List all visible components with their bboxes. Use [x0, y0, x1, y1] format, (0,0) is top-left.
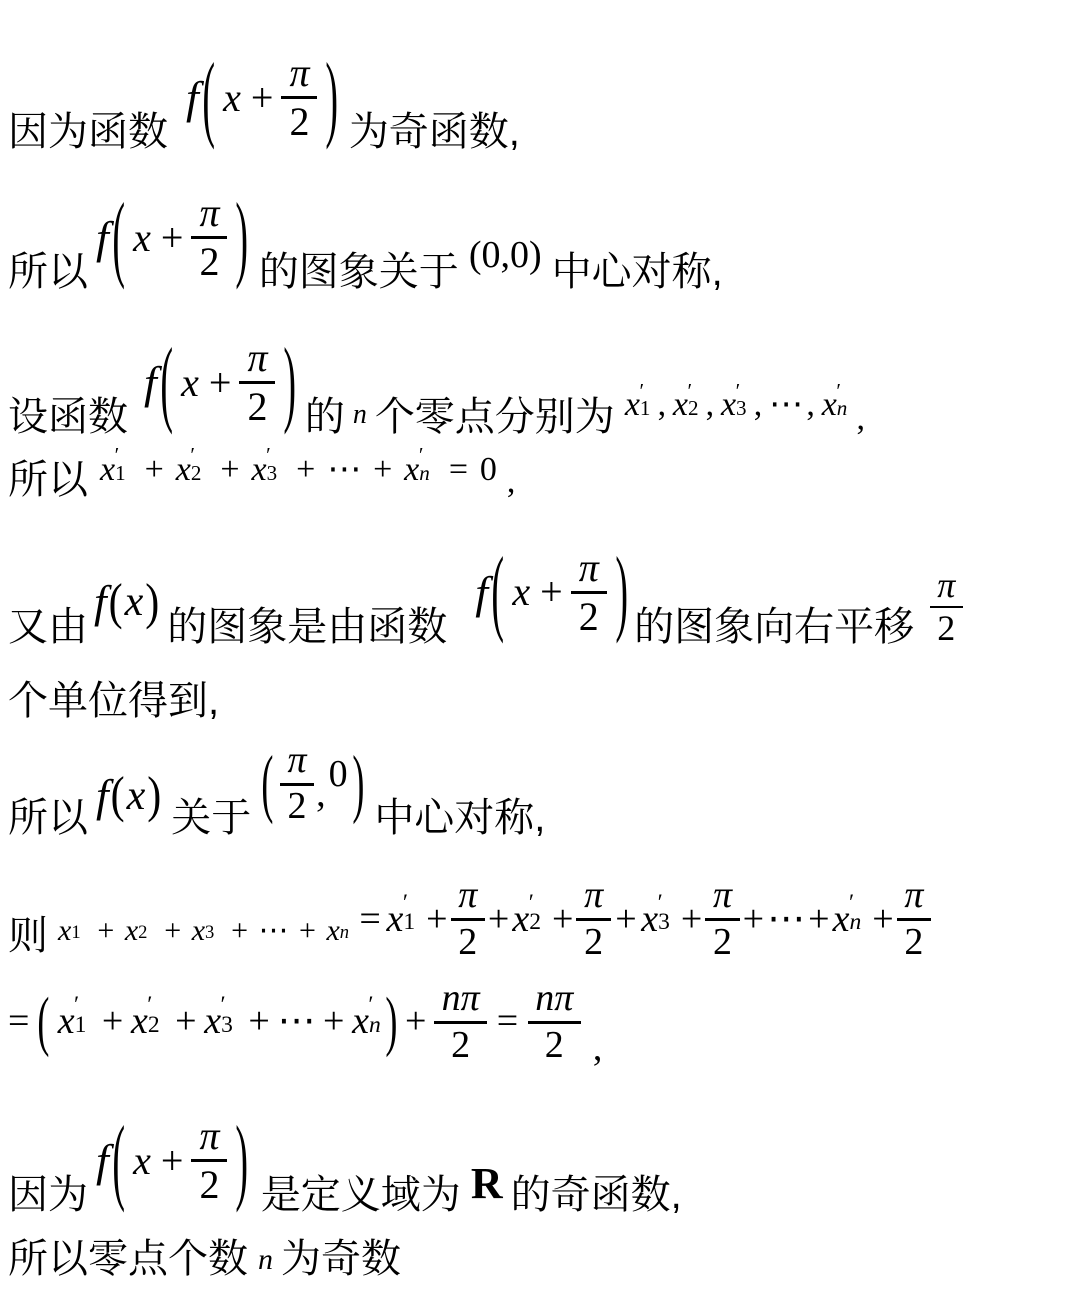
- math-xn-prime: x′n: [404, 450, 419, 491]
- math-f: f: [96, 210, 109, 265]
- math-x3-prime: x′3: [721, 385, 736, 426]
- plus-sign: +: [405, 999, 426, 1045]
- trailing-comma: ,: [856, 399, 865, 440]
- fraction-pi-over-2: π2: [897, 876, 931, 963]
- solution-line-7: 所以 f ( x ) 关于 ( π2 , 0 ) 中心对称,: [8, 741, 1080, 842]
- right-paren: ): [615, 544, 628, 640]
- math-x: x: [352, 999, 369, 1045]
- math-x1-prime: x′1: [100, 450, 115, 491]
- math-f: f: [96, 1133, 109, 1188]
- formula-f-x-plus-half-pi: f ( x + π2 ): [186, 52, 339, 143]
- denominator-2: 2: [199, 1162, 219, 1206]
- subscript-3: 3: [658, 911, 670, 935]
- subscript-1: 1: [115, 463, 126, 484]
- right-paren: ): [385, 989, 397, 1056]
- denominator-2: 2: [584, 921, 603, 963]
- math-x1: x1: [58, 913, 71, 949]
- grouped-sum-equals-n-pi-over-2: = ( x′1 + x′2 + x′3 + ⋯ + x′n ) + nπ2 = …: [8, 979, 581, 1066]
- math-x: x: [58, 913, 71, 949]
- plus-sign: +: [231, 913, 248, 949]
- math-solution-document: 因为函数 f ( x + π2 ) 为奇函数, 所以 f ( x + π2 ) …: [0, 0, 1080, 1291]
- solution-line-4: 所以 x′1 + x′2 + x′3 + ⋯ + x′n = 0 ,: [8, 450, 1080, 503]
- subscript-2: 2: [688, 398, 699, 419]
- denominator-2: 2: [247, 384, 267, 428]
- chinese-text: 的奇函数,: [511, 1172, 682, 1218]
- plus-sign: +: [299, 913, 316, 949]
- math-x: x: [387, 897, 404, 943]
- math-x: x: [133, 1137, 151, 1185]
- plus-sign: +: [175, 999, 196, 1045]
- chinese-text: 的图象关于: [259, 249, 459, 295]
- fraction-pi-over-2: π2: [191, 192, 227, 283]
- denominator-2: 2: [937, 608, 955, 648]
- italic-n: n: [353, 398, 367, 432]
- plus-sign: +: [488, 897, 509, 943]
- math-x: x: [133, 214, 151, 262]
- math-xn-prime: x′n: [822, 385, 837, 426]
- ellipsis: ⋯: [767, 897, 805, 943]
- subscript-1: 1: [640, 398, 651, 419]
- math-pi: π: [554, 977, 573, 1019]
- chinese-text: 所以: [8, 249, 88, 295]
- plus-sign: +: [220, 450, 239, 491]
- subscript-3: 3: [267, 463, 278, 484]
- chinese-text: 因为: [8, 1172, 88, 1218]
- chinese-text: 又由: [8, 604, 88, 650]
- math-f: f: [186, 70, 199, 125]
- solution-line-10: 因为 f ( x + π2 ) 是定义域为 R 的奇函数,: [8, 1115, 1080, 1218]
- chinese-text: 的图象是由函数: [167, 604, 447, 650]
- math-x: x: [125, 913, 138, 949]
- chinese-text: 个零点分别为: [375, 394, 615, 440]
- solution-line-2: 所以 f ( x + π2 ) 的图象关于 (0,0) 中心对称,: [8, 192, 1080, 295]
- sum-x-prime-equals-0: x′1 + x′2 + x′3 + ⋯ + x′n = 0: [100, 450, 497, 491]
- right-paren: ): [236, 190, 249, 286]
- math-x2-prime: x′2: [131, 999, 148, 1045]
- equals-sign: =: [8, 999, 29, 1045]
- plus-sign: +: [872, 897, 893, 943]
- ellipsis: ⋯: [769, 385, 803, 426]
- solution-line-11: 所以零点个数 n 为奇数: [8, 1236, 1080, 1282]
- formula-f-of-x: f ( x ): [94, 575, 159, 629]
- right-paren: ): [145, 577, 159, 627]
- plus-sign: +: [808, 897, 829, 943]
- plus-sign: +: [540, 568, 563, 616]
- plus-sign: +: [161, 214, 184, 262]
- plus-sign: +: [164, 913, 181, 949]
- math-xn: xn: [326, 913, 339, 949]
- denominator-2: 2: [713, 921, 732, 963]
- solution-line-3: 设函数 f ( x + π2 ) 的 n 个零点分别为 x′1 , x′2 , …: [8, 337, 1080, 440]
- subscript-2: 2: [191, 463, 202, 484]
- math-x: x: [127, 771, 146, 821]
- fraction-pi-over-2: π2: [930, 567, 962, 648]
- math-f: f: [475, 565, 488, 620]
- plus-sign: +: [251, 74, 274, 122]
- subscript-2: 2: [148, 1014, 160, 1038]
- formula-f-of-x: f ( x ): [96, 769, 161, 823]
- math-x3-prime: x′3: [204, 999, 221, 1045]
- left-paren: (: [160, 335, 173, 431]
- set-R-symbol: R: [471, 1158, 503, 1211]
- denominator-2: 2: [289, 99, 309, 143]
- math-x1-prime: x′1: [625, 385, 640, 426]
- subscript-2: 2: [138, 924, 147, 943]
- sum-x-plain: x1 + x2 + x3 + ⋯ + xn: [58, 913, 355, 949]
- numerator-pi: π: [191, 192, 227, 239]
- fraction-pi-over-2: π2: [576, 876, 610, 963]
- left-paren: (: [111, 771, 125, 821]
- solution-line-8: 则 x1 + x2 + x3 + ⋯ + xn = x′1 + π2 + x′2…: [8, 876, 1080, 959]
- left-paren: (: [262, 746, 274, 822]
- numerator-pi: π: [281, 52, 317, 99]
- denominator-2: 2: [458, 921, 477, 963]
- fraction-pi-over-2: π2: [281, 52, 317, 143]
- numerator-pi: π: [451, 876, 485, 921]
- math-x3-prime: x′3: [641, 897, 658, 943]
- denominator-2: 2: [288, 786, 307, 828]
- italic-n: n: [258, 1242, 273, 1278]
- comma: ,: [806, 385, 815, 426]
- left-paren: (: [109, 577, 123, 627]
- left-paren: (: [37, 989, 49, 1056]
- comma: ,: [706, 385, 715, 426]
- subscript-n: n: [837, 398, 848, 419]
- math-xn-prime: x′n: [352, 999, 369, 1045]
- fraction-n-pi-over-2: nπ2: [528, 979, 581, 1066]
- fraction-pi-over-2: π2: [705, 876, 739, 963]
- chinese-text: 是定义域为: [261, 1172, 461, 1218]
- math-x: x: [404, 450, 419, 491]
- math-x: x: [822, 385, 837, 426]
- ellipsis: ⋯: [327, 450, 361, 491]
- plus-sign: +: [102, 999, 123, 1045]
- chinese-text: 因为函数: [8, 109, 168, 155]
- plus-sign: +: [145, 450, 164, 491]
- math-x2-prime: x′2: [176, 450, 191, 491]
- numerator-pi: π: [191, 1115, 227, 1162]
- numerator-pi: π: [239, 337, 275, 384]
- right-paren: ): [352, 746, 364, 822]
- right-paren: ): [147, 771, 161, 821]
- equals-sign: =: [359, 897, 380, 943]
- math-x: x: [721, 385, 736, 426]
- denominator-2: 2: [199, 239, 219, 283]
- math-x: x: [176, 450, 191, 491]
- denominator-2: 2: [579, 594, 599, 638]
- subscript-n: n: [419, 463, 430, 484]
- plus-sign: +: [161, 1137, 184, 1185]
- chinese-text: 则: [8, 913, 48, 959]
- math-x1-prime: x′1: [58, 999, 75, 1045]
- right-paren: ): [326, 50, 339, 146]
- subscript-3: 3: [205, 924, 214, 943]
- comma: ,: [754, 385, 763, 426]
- subscript-1: 1: [403, 911, 415, 935]
- math-xn-prime: x′n: [833, 897, 850, 943]
- chinese-text: 关于: [171, 795, 251, 841]
- ellipsis: ⋯: [277, 999, 315, 1045]
- numerator-pi: π: [897, 876, 931, 921]
- numerator-pi: π: [705, 876, 739, 921]
- subscript-1: 1: [75, 1014, 87, 1038]
- left-paren: (: [112, 1113, 125, 1209]
- math-x: x: [192, 913, 205, 949]
- denominator-2: 2: [451, 1024, 470, 1066]
- math-x: x: [326, 913, 339, 949]
- zero: 0: [329, 752, 348, 798]
- plus-sign: +: [615, 897, 636, 943]
- math-x3-prime: x′3: [251, 450, 266, 491]
- fraction-pi-over-2: π2: [239, 337, 275, 428]
- chinese-text: 中心对称,: [552, 249, 723, 295]
- solution-line-9: = ( x′1 + x′2 + x′3 + ⋯ + x′n ) + nπ2 = …: [8, 979, 1080, 1066]
- math-x2-prime: x′2: [673, 385, 688, 426]
- fraction-pi-over-2: π2: [191, 1115, 227, 1206]
- math-n: n: [442, 977, 461, 1019]
- sum-x-prime-plus-halves: = x′1 + π2 + x′2 + π2 + x′3 + π2 + ⋯ + x…: [359, 876, 931, 963]
- math-x: x: [100, 450, 115, 491]
- math-x: x: [223, 74, 241, 122]
- equals-sign: =: [497, 999, 518, 1045]
- plus-sign: +: [552, 897, 573, 943]
- solution-line-1: 因为函数 f ( x + π2 ) 为奇函数,: [8, 52, 1080, 155]
- chinese-text: 所以零点个数: [8, 1236, 248, 1282]
- chinese-text: 为奇函数,: [349, 109, 520, 155]
- ellipsis: ⋯: [259, 913, 289, 949]
- plus-sign: +: [426, 897, 447, 943]
- zero-list-x-prime: x′1 , x′2 , x′3 , ⋯ , x′n: [625, 385, 855, 426]
- math-x: x: [833, 897, 850, 943]
- zero: 0: [480, 450, 497, 491]
- fraction-n-pi-over-2: nπ2: [434, 979, 487, 1066]
- math-x2: x2: [125, 913, 138, 949]
- numerator-pi: π: [930, 567, 962, 609]
- chinese-text: 的: [305, 394, 345, 440]
- right-paren: ): [284, 335, 297, 431]
- plus-sign: +: [373, 450, 392, 491]
- math-x1-prime: x′1: [387, 897, 404, 943]
- numerator-n-pi: nπ: [528, 979, 581, 1024]
- formula-f-x-plus-half-pi: f ( x + π2 ): [475, 547, 628, 638]
- math-n: n: [535, 977, 554, 1019]
- denominator-2: 2: [545, 1024, 564, 1066]
- chinese-text: 为奇数: [281, 1236, 401, 1282]
- math-x: x: [673, 385, 688, 426]
- math-x: x: [204, 999, 221, 1045]
- subscript-3: 3: [221, 1014, 233, 1038]
- formula-f-x-plus-half-pi: f ( x + π2 ): [96, 1115, 249, 1206]
- math-x: x: [512, 568, 530, 616]
- math-x: x: [181, 359, 199, 407]
- chinese-text: 中心对称,: [374, 795, 545, 841]
- math-x: x: [125, 577, 144, 627]
- left-paren: (: [202, 50, 215, 146]
- plus-sign: +: [681, 897, 702, 943]
- math-x: x: [131, 999, 148, 1045]
- math-x: x: [625, 385, 640, 426]
- subscript-1: 1: [71, 924, 80, 943]
- math-x: x: [251, 450, 266, 491]
- fraction-pi-over-2: π2: [571, 547, 607, 638]
- plus-sign: +: [296, 450, 315, 491]
- math-f: f: [94, 575, 107, 629]
- math-x: x: [512, 897, 529, 943]
- plus-sign: +: [248, 999, 269, 1045]
- math-x3: x3: [192, 913, 205, 949]
- plus-sign: +: [743, 897, 764, 943]
- math-pi: π: [461, 977, 480, 1019]
- solution-line-6: 个单位得到,: [8, 678, 1080, 724]
- subscript-2: 2: [529, 911, 541, 935]
- trailing-comma: ,: [507, 462, 516, 503]
- formula-f-x-plus-half-pi: f ( x + π2 ): [96, 192, 249, 283]
- left-paren: (: [112, 190, 125, 286]
- fraction-pi-over-2: π2: [451, 876, 485, 963]
- subscript-3: 3: [736, 398, 747, 419]
- chinese-text: 所以: [8, 457, 88, 503]
- numerator-pi: π: [280, 741, 314, 786]
- plus-sign: +: [97, 913, 114, 949]
- numerator-pi: π: [571, 547, 607, 594]
- formula-f-x-plus-half-pi: f ( x + π2 ): [144, 337, 297, 428]
- comma: ,: [658, 385, 667, 426]
- math-x: x: [641, 897, 658, 943]
- fraction-pi-over-2: π2: [280, 741, 314, 828]
- subscript-n: n: [340, 924, 349, 943]
- subscript-n: n: [369, 1014, 381, 1038]
- trailing-comma: ,: [593, 1026, 603, 1072]
- chinese-text: 个单位得到,: [8, 678, 219, 724]
- plus-sign: +: [323, 999, 344, 1045]
- solution-line-5: 又由 f ( x ) 的图象是由函数 f ( x + π2 ) 的图象向右平移 …: [8, 547, 1080, 650]
- math-f: f: [96, 769, 109, 823]
- numerator-pi: π: [576, 876, 610, 921]
- equals-sign: =: [449, 450, 468, 491]
- chinese-text: 设函数: [8, 394, 128, 440]
- chinese-text: 所以: [8, 795, 88, 841]
- plus-sign: +: [209, 359, 232, 407]
- denominator-2: 2: [904, 921, 923, 963]
- comma: ,: [316, 772, 326, 818]
- math-x2-prime: x′2: [512, 897, 529, 943]
- left-paren: (: [491, 544, 504, 640]
- point-half-pi-0: ( π2 , 0 ): [261, 741, 364, 828]
- math-x: x: [58, 999, 75, 1045]
- numerator-n-pi: nπ: [434, 979, 487, 1024]
- subscript-n: n: [849, 911, 861, 935]
- chinese-text: 的图象向右平移: [634, 604, 914, 650]
- point-0-0: (0,0): [469, 233, 542, 279]
- right-paren: ): [236, 1113, 249, 1209]
- math-f: f: [144, 355, 157, 410]
